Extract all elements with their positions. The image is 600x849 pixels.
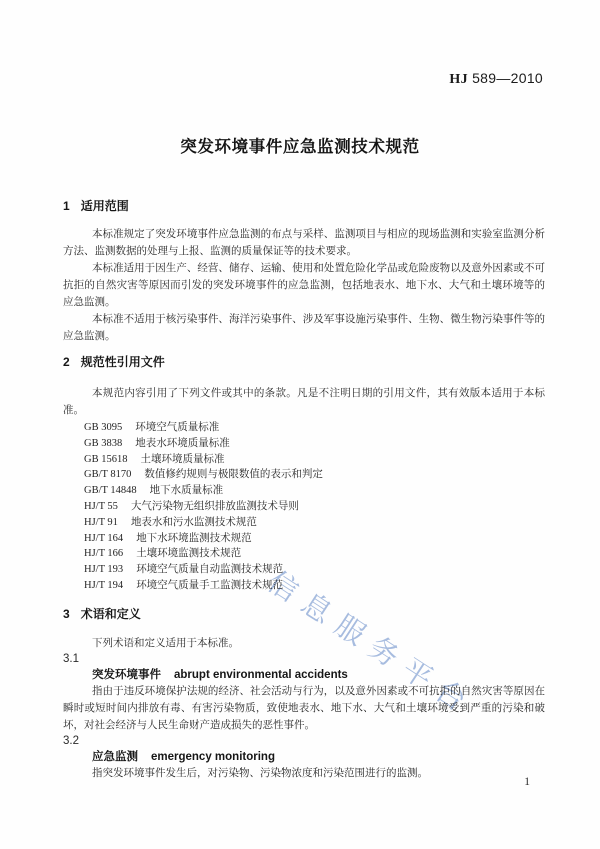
page-number: 1 [524, 776, 530, 788]
reference-title: 环境空气质量标准 [135, 422, 219, 433]
section-title: 规范性引用文件 [81, 355, 165, 369]
paragraph: 本规范内容引用了下列文件或其中的条款。凡是不注明日期的引用文件，其有效版本适用于… [63, 385, 545, 419]
reference-item: GB 3095环境空气质量标准 [84, 420, 545, 436]
document-code-prefix: HJ [449, 72, 468, 87]
document-title: 突发环境事件应急监测技术规范 [0, 133, 600, 157]
term-title-row: 应急监测emergency monitoring [63, 749, 545, 765]
reference-code: GB 3838 [84, 438, 122, 449]
term-title-row: 突发环境事件abrupt environmental accidents [63, 667, 545, 683]
reference-item: GB 3838地表水环境质量标准 [84, 436, 545, 452]
paragraph: 本标准不适用于核污染事件、海洋污染事件、涉及军事设施污染事件、生物、微生物污染事… [63, 311, 545, 345]
section-title: 术语和定义 [81, 607, 141, 621]
paragraph: 下列术语和定义适用于本标准。 [63, 635, 545, 652]
section-heading-1: 1适用范围 [63, 199, 545, 213]
reference-title: 大气污染物无组织排放监测技术导则 [131, 501, 299, 512]
paragraph: 本标准适用于因生产、经营、储存、运输、使用和处置危险化学品或危险废物以及意外因素… [63, 260, 545, 311]
reference-item: HJ/T 55大气污染物无组织排放监测技术导则 [84, 499, 545, 515]
document-code: HJ 589—2010 [449, 70, 543, 88]
standard-document-page: HJ 589—2010 突发环境事件应急监测技术规范 1适用范围 本标准规定了突… [0, 0, 600, 849]
term-english: emergency monitoring [151, 751, 275, 763]
reference-title: 地表水环境质量标准 [135, 438, 230, 449]
section-heading-2: 2规范性引用文件 [63, 355, 545, 369]
reference-title: 环境空气质量手工监测技术规范 [136, 580, 283, 591]
reference-item: GB/T 8170数值修约规则与极限数值的表示和判定 [84, 467, 545, 483]
reference-item: HJ/T 166土壤环境监测技术规范 [84, 546, 545, 562]
reference-item: HJ/T 91地表水和污水监测技术规范 [84, 515, 545, 531]
term-number: 3.2 [63, 734, 545, 749]
section-heading-3: 3术语和定义 [63, 607, 545, 621]
section-number: 2 [63, 355, 70, 369]
term-english: abrupt environmental accidents [174, 669, 348, 681]
term-number: 3.1 [63, 652, 545, 667]
reference-code: HJ/T 193 [84, 564, 123, 575]
reference-title: 土壤环境质量标准 [140, 454, 224, 465]
term-chinese: 突发环境事件 [92, 669, 161, 681]
reference-code: GB 3095 [84, 422, 122, 433]
section-number: 3 [63, 607, 70, 621]
reference-item: GB/T 14848地下水质量标准 [84, 483, 545, 499]
reference-item: HJ/T 194环境空气质量手工监测技术规范 [84, 578, 545, 594]
reference-code: HJ/T 166 [84, 548, 123, 559]
reference-code: HJ/T 91 [84, 517, 118, 528]
reference-code: GB/T 8170 [84, 469, 131, 480]
term-definition: 指突发环境事件发生后，对污染物、污染物浓度和污染范围进行的监测。 [63, 765, 545, 782]
reference-code: HJ/T 164 [84, 533, 123, 544]
document-body: 1适用范围 本标准规定了突发环境事件应急监测的布点与采样、监测项目与相应的现场监… [63, 199, 545, 782]
section-title: 适用范围 [81, 199, 129, 213]
term-chinese: 应急监测 [92, 751, 138, 763]
reference-title: 土壤环境监测技术规范 [136, 548, 241, 559]
reference-title: 环境空气质量自动监测技术规范 [136, 564, 283, 575]
term-definition: 指由于违反环境保护法规的经济、社会活动与行为，以及意外因素或不可抗拒的自然灾害等… [63, 683, 545, 734]
document-code-number: 589—2010 [472, 70, 543, 86]
normative-references-list: GB 3095环境空气质量标准 GB 3838地表水环境质量标准 GB 1561… [63, 420, 545, 594]
reference-title: 数值修约规则与极限数值的表示和判定 [144, 469, 323, 480]
reference-code: HJ/T 194 [84, 580, 123, 591]
reference-title: 地下水质量标准 [150, 485, 224, 496]
reference-code: GB/T 14848 [84, 485, 137, 496]
paragraph: 本标准规定了突发环境事件应急监测的布点与采样、监测项目与相应的现场监测和实验室监… [63, 226, 545, 260]
reference-title: 地下水环境监测技术规范 [136, 533, 252, 544]
reference-item: HJ/T 164地下水环境监测技术规范 [84, 531, 545, 547]
reference-code: GB 15618 [84, 454, 127, 465]
section-number: 1 [63, 199, 70, 213]
reference-title: 地表水和污水监测技术规范 [131, 517, 257, 528]
reference-item: HJ/T 193环境空气质量自动监测技术规范 [84, 562, 545, 578]
reference-code: HJ/T 55 [84, 501, 118, 512]
reference-item: GB 15618土壤环境质量标准 [84, 452, 545, 468]
